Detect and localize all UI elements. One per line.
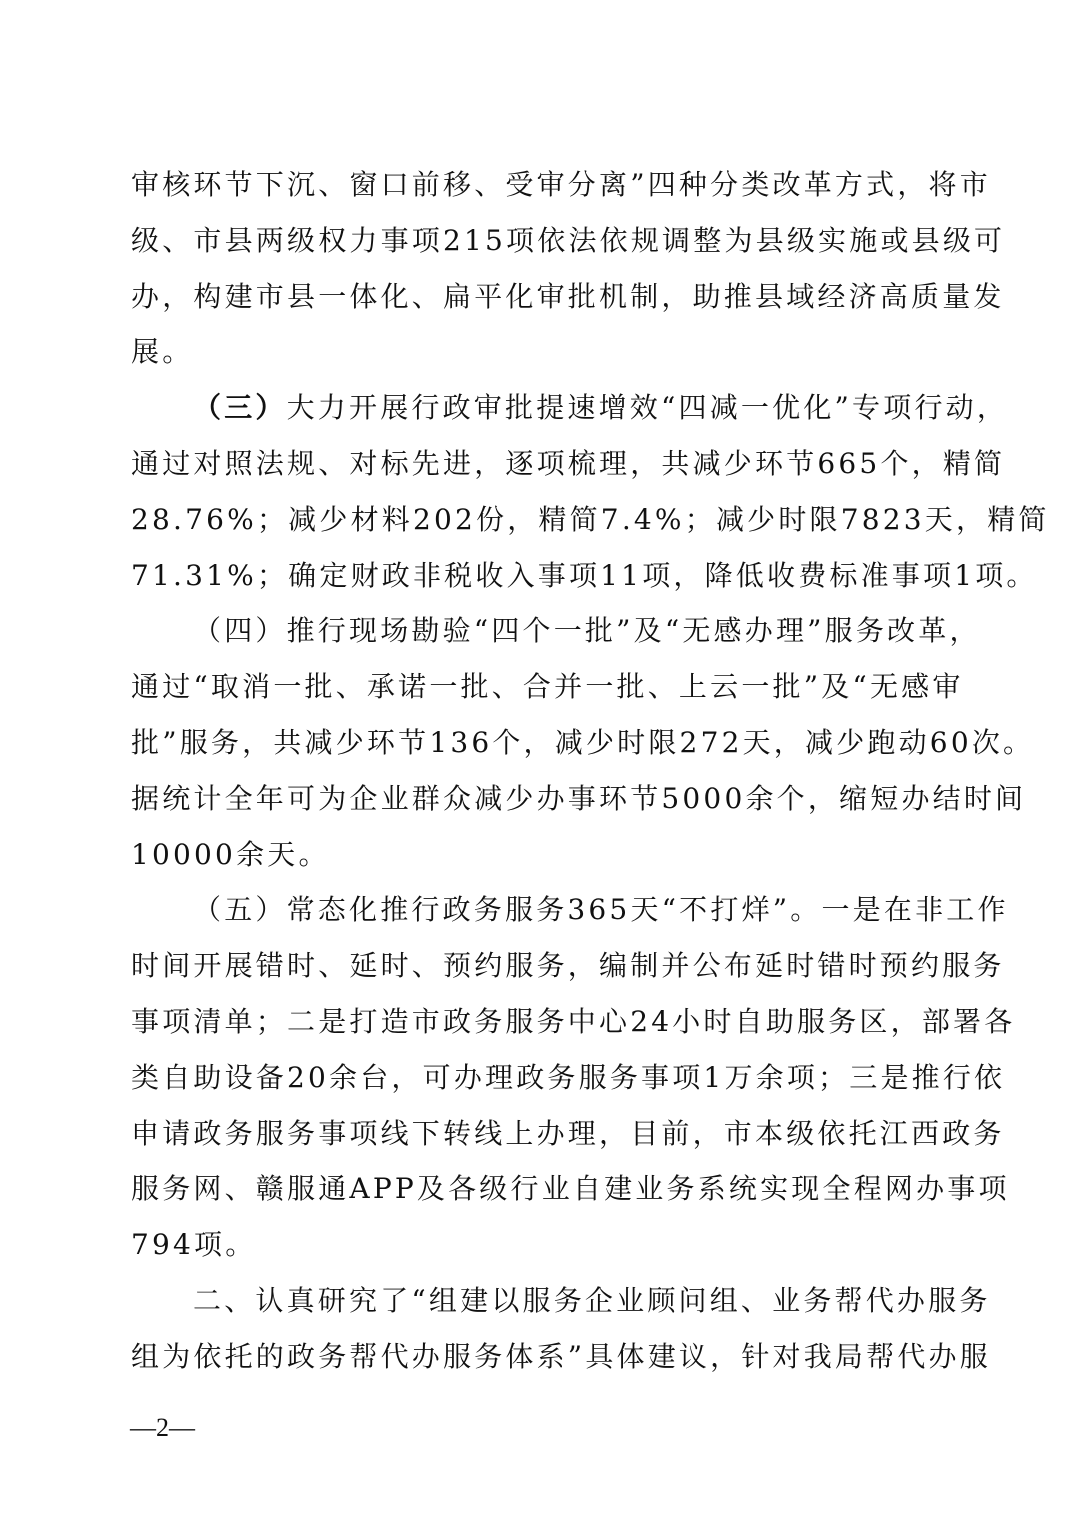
text-line: 794项。 (131, 1217, 947, 1273)
section-4-first-line: （四）推行现场勘验“四个一批”及“无感办理”服务改革， (131, 603, 947, 659)
text-line: 办，构建市县一体化、扁平化审批机制，助推县域经济高质量发 (131, 269, 947, 325)
section-5-first-line: （五）常态化推行政务服务365天“不打烊”。一是在非工作 (131, 882, 947, 938)
paragraph-section-4: （四）推行现场勘验“四个一批”及“无感办理”服务改革， 通过“取消一批、承诺一批… (131, 603, 947, 882)
text-line: 审核环节下沉、窗口前移、受审分离”四种分类改革方式，将市 (131, 157, 947, 213)
text-line: 据统计全年可为企业群众减少办事环节5000余个，缩短办结时间 (131, 771, 947, 827)
section-3-heading: （三） (193, 391, 287, 424)
text-line: 10000余天。 (131, 827, 947, 883)
paragraph-section-two: 二、认真研究了“组建以服务企业顾问组、业务帮代办服务 组为依托的政务帮代办服务体… (131, 1273, 947, 1385)
text-line: 28.76%；减少材料202份，精简7.4%；减少时限7823天，精简 (131, 492, 947, 548)
section-two-first-line: 二、认真研究了“组建以服务企业顾问组、业务帮代办服务 (131, 1273, 947, 1329)
text-line: 时间开展错时、延时、预约服务，编制并公布延时错时预约服务 (131, 938, 947, 994)
text-line: 批”服务，共减少环节136个，减少时限272天，减少跑动60次。 (131, 715, 947, 771)
text-line: 71.31%；确定财政非税收入事项11项，降低收费标准事项1项。 (131, 548, 947, 604)
text-line: 服务网、赣服通APP及各级行业自建业务系统实现全程网办事项 (131, 1161, 947, 1217)
paragraph-section-5: （五）常态化推行政务服务365天“不打烊”。一是在非工作 时间开展错时、延时、预… (131, 882, 947, 1273)
paragraph-section-3: （三）大力开展行政审批提速增效“四减一优化”专项行动， 通过对照法规、对标先进，… (131, 380, 947, 603)
text-line: 通过对照法规、对标先进，逐项梳理，共减少环节665个，精简 (131, 436, 947, 492)
text-line: 展。 (131, 324, 947, 380)
text-line: 通过“取消一批、承诺一批、合并一批、上云一批”及“无感审 (131, 659, 947, 715)
section-3-heading-text: 大力开展行政审批提速增效“四减一优化”专项行动， (287, 391, 1008, 424)
text-line: 组为依托的政务帮代办服务体系”具体建议，针对我局帮代办服 (131, 1329, 947, 1385)
text-line: 级、市县两级权力事项215项依法依规调整为县级实施或县级可 (131, 213, 947, 269)
text-line: 事项清单；二是打造市政务服务中心24小时自助服务区，部署各 (131, 994, 947, 1050)
text-line: 类自助设备20余台，可办理政务服务事项1万余项；三是推行依 (131, 1050, 947, 1106)
text-line: 申请政务服务事项线下转线上办理，目前，市本级依托江西政务 (131, 1106, 947, 1162)
paragraph-continuation: 审核环节下沉、窗口前移、受审分离”四种分类改革方式，将市 级、市县两级权力事项2… (131, 157, 947, 380)
section-3-first-line: （三）大力开展行政审批提速增效“四减一优化”专项行动， (131, 380, 947, 436)
page-number: —2— (130, 1408, 195, 1448)
document-body: 审核环节下沉、窗口前移、受审分离”四种分类改革方式，将市 级、市县两级权力事项2… (131, 157, 947, 1385)
document-page: 审核环节下沉、窗口前移、受审分离”四种分类改革方式，将市 级、市县两级权力事项2… (0, 0, 1074, 1520)
